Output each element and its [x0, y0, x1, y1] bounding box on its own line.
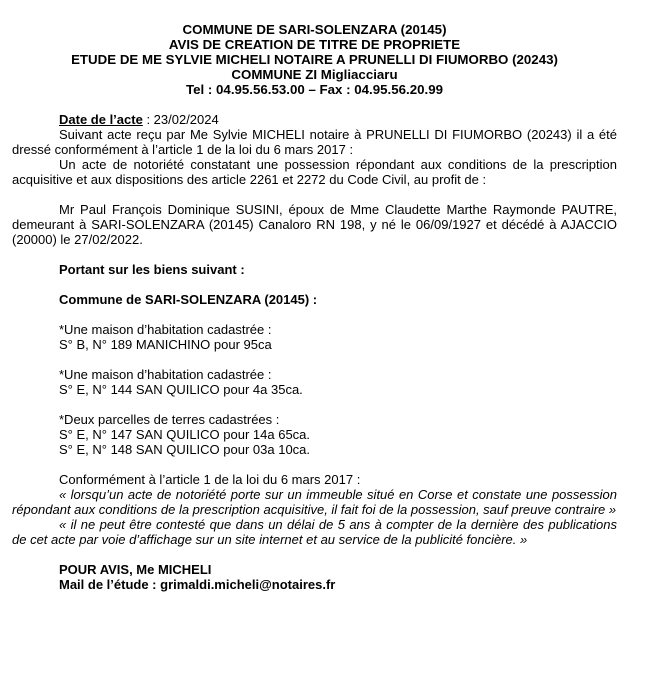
header-commune: COMMUNE DE SARI-SOLENZARA (20145)	[12, 22, 617, 37]
header-commune-zi: COMMUNE ZI Migliacciaru	[12, 67, 617, 82]
legal-notice-document: COMMUNE DE SARI-SOLENZARA (20145) AVIS D…	[12, 22, 617, 592]
parcel-item: S° E, N° 147 SAN QUILICO pour 14a 65ca.	[59, 427, 617, 442]
commune-heading: Commune de SARI-SOLENZARA (20145) :	[12, 292, 617, 307]
signature: POUR AVIS, Me MICHELI	[12, 562, 617, 577]
contact-mail: Mail de l’étude : grimaldi.micheli@notai…	[12, 577, 617, 592]
date-label: Date de l’acte	[59, 112, 143, 127]
paragraph-notoriete: Un acte de notoriété constatant une poss…	[12, 157, 617, 187]
parcel-item: S° B, N° 189 MANICHINO pour 95ca	[59, 337, 617, 352]
parcel-group-title: *Une maison d’habitation cadastrée :	[59, 322, 617, 337]
loi-quote-2: « il ne peut être contesté que dans un d…	[12, 517, 617, 547]
paragraph-beneficiary: Mr Paul François Dominique SUSINI, époux…	[12, 202, 617, 247]
date-value: : 23/02/2024	[143, 112, 219, 127]
parcel-item: S° E, N° 144 SAN QUILICO pour 4a 35ca.	[59, 382, 617, 397]
parcel-group-title: *Deux parcelles de terres cadastrées :	[59, 412, 617, 427]
parcel-group: *Une maison d’habitation cadastrée : S° …	[12, 322, 617, 352]
loi-quote-1: « lorsqu’un acte de notoriété porte sur …	[12, 487, 617, 517]
notice-header: COMMUNE DE SARI-SOLENZARA (20145) AVIS D…	[12, 22, 617, 97]
parcel-group: *Une maison d’habitation cadastrée : S° …	[12, 367, 617, 397]
paragraph-acte: Suivant acte reçu par Me Sylvie MICHELI …	[12, 127, 617, 157]
parcel-group-title: *Une maison d’habitation cadastrée :	[59, 367, 617, 382]
loi-intro: Conformément à l’article 1 de la loi du …	[12, 472, 617, 487]
header-contact: Tel : 04.95.56.53.00 – Fax : 04.95.56.20…	[12, 82, 617, 97]
header-etude: ETUDE DE ME SYLVIE MICHELI NOTAIRE A PRU…	[12, 52, 617, 67]
date-line: Date de l’acte : 23/02/2024	[12, 112, 617, 127]
biens-heading: Portant sur les biens suivant :	[12, 262, 617, 277]
parcel-item: S° E, N° 148 SAN QUILICO pour 03a 10ca.	[59, 442, 617, 457]
header-title: AVIS DE CREATION DE TITRE DE PROPRIETE	[12, 37, 617, 52]
parcel-group: *Deux parcelles de terres cadastrées : S…	[12, 412, 617, 457]
